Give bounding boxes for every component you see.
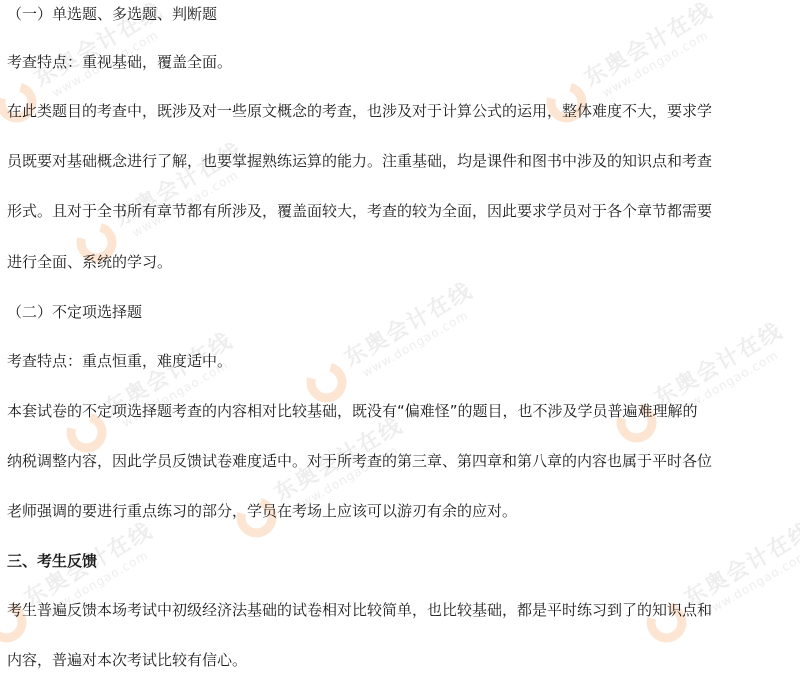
section-2-feature: 考查特点：重点恒重，难度适中。 [7, 351, 232, 371]
section-2-title: （二）不定项选择题 [7, 302, 142, 322]
watermark: 东奥会计在线 www.dongao.com [533, 5, 707, 146]
section-2-paragraph-line: 老师强调的要进行重点练习的部分，学员在考场上应该可以游刃有余的应对。 [7, 501, 517, 521]
section-1-feature: 考查特点：重视基础，覆盖全面。 [7, 52, 232, 72]
section-1-paragraph-line: 在此类题目的考查中，既涉及对一些原文概念的考查，也涉及对于计算公式的运用，整体难… [7, 101, 712, 121]
section-1-paragraph-line: 员既要对基础概念进行了解，也要掌握熟练运算的能力。注重基础，均是课件和图书中涉及… [7, 151, 712, 171]
section-1-paragraph-line: 进行全面、系统的学习。 [7, 252, 172, 272]
watermark: 东奥会计在线 www.dongao.com [223, 420, 397, 561]
watermark: 东奥会计在线 www.dongao.com [0, 525, 147, 666]
section-2-paragraph-line: 本套试卷的不定项选择题考查的内容相对比较基础，既没有“偏难怪”的题目，也不涉及学… [7, 401, 698, 421]
section-3-paragraph-line: 考生普遍反馈本场考试中初级经济法基础的试卷相对比较简单，也比较基础，都是平时练习… [7, 600, 712, 620]
section-3-paragraph-line: 内容，普遍对本次考试比较有信心。 [7, 650, 247, 670]
section-2-paragraph-line: 纳税调整内容，因此学员反馈试卷难度适中。对于所考查的第三章、第四章和第八章的内容… [7, 451, 712, 471]
watermark: 东奥会计在线 www.dongao.com [603, 325, 777, 466]
section-1-title: （一）单选题、多选题、判断题 [7, 4, 217, 24]
section-3-title: 三、考生反馈 [7, 551, 97, 571]
section-1-paragraph-line: 形式。且对于全书所有章节都有所涉及，覆盖面较大，考查的较为全面，因此要求学员对于… [7, 201, 712, 221]
watermark: 东奥会计在线 www.dongao.com [633, 525, 800, 666]
watermark: 东奥会计在线 www.dongao.com [0, 5, 157, 146]
